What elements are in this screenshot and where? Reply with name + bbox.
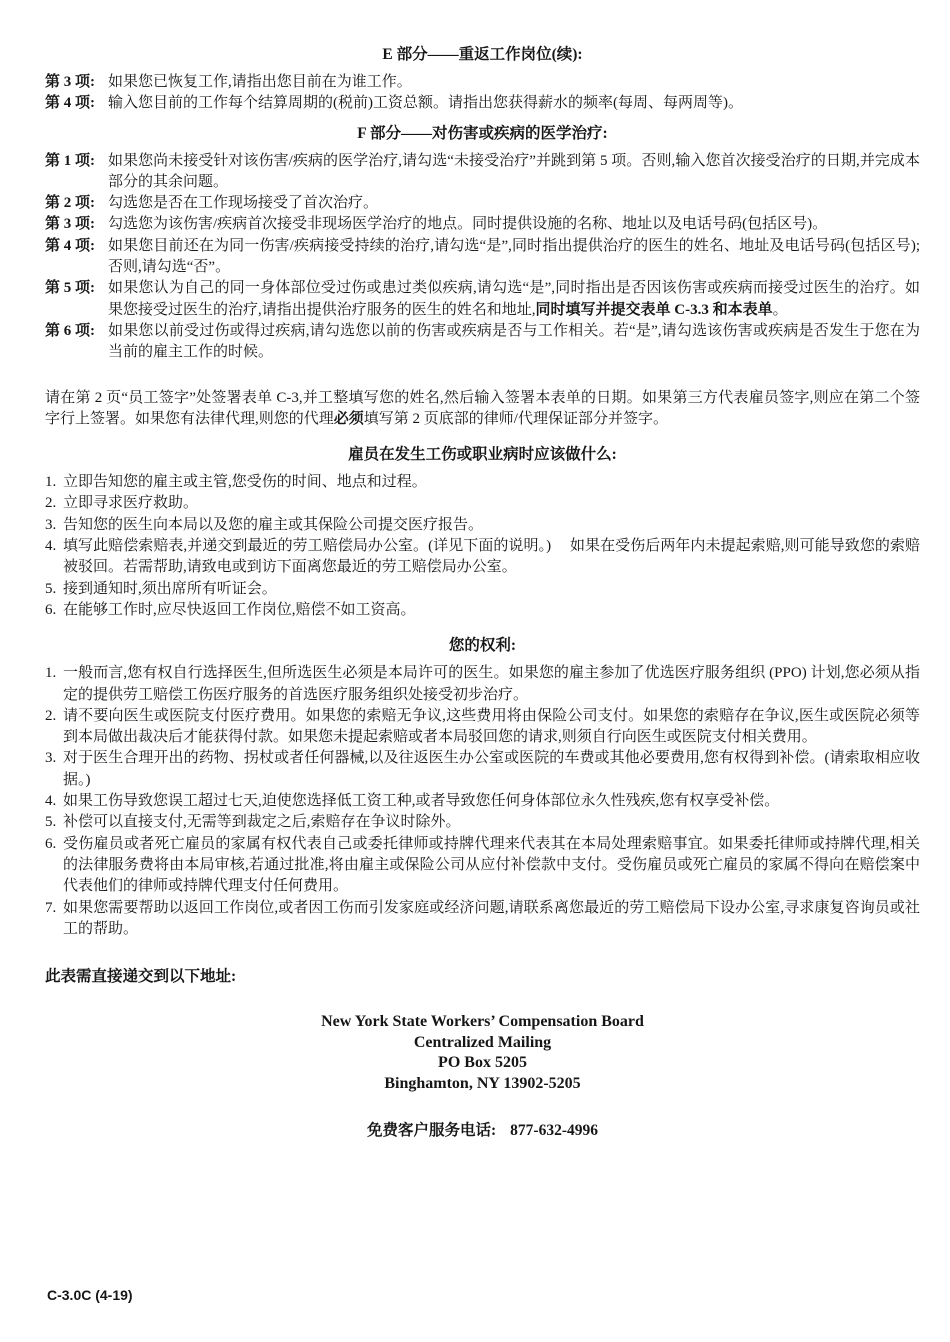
list-item: 4. 如果工伤导致您误工超过七天,迫使您选择低工资工种,或者导致您任何身体部位永… xyxy=(45,791,920,812)
list-number: 3. xyxy=(45,748,63,769)
section-e-header: E 部分——重返工作岗位(续): xyxy=(45,44,920,66)
what-to-do-header: 雇员在发生工伤或职业病时应该做什么: xyxy=(45,444,920,466)
list-item: 5. 补偿可以直接支付,无需等到裁定之后,索赔存在争议时除外。 xyxy=(45,812,920,833)
item-text: 勾选您是否在工作现场接受了首次治疗。 xyxy=(108,193,920,214)
list-number: 5. xyxy=(45,579,63,600)
list-number: 1. xyxy=(45,472,63,493)
phone-number: 877-632-4996 xyxy=(510,1122,598,1139)
address-line: Binghamton, NY 13902-5205 xyxy=(45,1074,920,1094)
item-label: 第 3 项: xyxy=(45,72,108,93)
address-line: Centralized Mailing xyxy=(45,1033,920,1053)
section-f-item: 第 6 项: 如果您以前受过伤或得过疾病,请勾选您以前的伤害或疾病是否与工作相关… xyxy=(45,321,920,364)
list-number: 5. xyxy=(45,812,63,833)
list-item: 2. 立即寻求医疗救助。 xyxy=(45,493,920,514)
item-text: 如果您目前还在为同一伤害/疾病接受持续的治疗,请勾选“是”,同时指出提供治疗的医… xyxy=(108,236,920,279)
list-text: 一般而言,您有权自行选择医生,但所选医生必须是本局许可的医生。如果您的雇主参加了… xyxy=(63,663,920,706)
list-item: 6. 受伤雇员或者死亡雇员的家属有权代表自己或委托律师或持牌代理来代表其在本局处… xyxy=(45,834,920,898)
list-number: 4. xyxy=(45,791,63,812)
your-rights-header: 您的权利: xyxy=(45,635,920,657)
section-e-item: 第 4 项: 输入您目前的工作每个结算周期的(税前)工资总额。请指出您获得薪水的… xyxy=(45,93,920,114)
item-text-bold: 同时填写并提交表单 C-3.3 和本表单 xyxy=(536,302,773,318)
list-item: 4. 填写此赔偿索赔表,并递交到最近的劳工赔偿局办公室。(详见下面的说明。) 如… xyxy=(45,536,920,579)
list-text: 如果工伤导致您误工超过七天,迫使您选择低工资工种,或者导致您任何身体部位永久性残… xyxy=(63,791,920,812)
instructions-page: E 部分——重返工作岗位(续): 第 3 项: 如果您已恢复工作,请指出您目前在… xyxy=(0,0,950,1142)
address-line: New York State Workers’ Compensation Boa… xyxy=(45,1012,920,1032)
list-text: 填写此赔偿索赔表,并递交到最近的劳工赔偿局办公室。(详见下面的说明。) 如果在受… xyxy=(63,536,920,579)
list-text: 如果您需要帮助以返回工作岗位,或者因工伤而引发家庭或经济问题,请联系离您最近的劳… xyxy=(63,898,920,941)
list-number: 7. xyxy=(45,898,63,919)
list-text: 请不要向医生或医院支付医疗费用。如果您的索赔无争议,这些费用将由保险公司支付。如… xyxy=(63,706,920,749)
list-item: 5. 接到通知时,须出席所有听证会。 xyxy=(45,579,920,600)
section-f-item: 第 1 项: 如果您尚未接受针对该伤害/疾病的医学治疗,请勾选“未接受治疗”并跳… xyxy=(45,151,920,194)
section-e-item: 第 3 项: 如果您已恢复工作,请指出您目前在为谁工作。 xyxy=(45,72,920,93)
list-text: 对于医生合理开出的药物、拐杖或者任何器械,以及往返医生办公室或医院的车费或其他必… xyxy=(63,748,920,791)
mailing-address: New York State Workers’ Compensation Boa… xyxy=(45,1012,920,1094)
list-item: 1. 一般而言,您有权自行选择医生,但所选医生必须是本局许可的医生。如果您的雇主… xyxy=(45,663,920,706)
list-number: 6. xyxy=(45,600,63,621)
list-number: 2. xyxy=(45,706,63,727)
section-f-item: 第 3 项: 勾选您为该伤害/疾病首次接受非现场医学治疗的地点。同时提供设施的名… xyxy=(45,214,920,235)
list-item: 2. 请不要向医生或医院支付医疗费用。如果您的索赔无争议,这些费用将由保险公司支… xyxy=(45,706,920,749)
item-text: 输入您目前的工作每个结算周期的(税前)工资总额。请指出您获得薪水的频率(每周、每… xyxy=(108,93,920,114)
item-text: 勾选您为该伤害/疾病首次接受非现场医学治疗的地点。同时提供设施的名称、地址以及电… xyxy=(108,214,920,235)
item-label: 第 4 项: xyxy=(45,93,108,114)
customer-service-phone: 免费客户服务电话:877-632-4996 xyxy=(45,1120,920,1142)
section-f-item: 第 5 项: 如果您认为自己的同一身体部位受过伤或患过类似疾病,请勾选“是”,同… xyxy=(45,278,920,321)
item-text-part: 。 xyxy=(773,302,788,318)
list-text: 受伤雇员或者死亡雇员的家属有权代表自己或委托律师或持牌代理来代表其在本局处理索赔… xyxy=(63,834,920,898)
list-number: 1. xyxy=(45,663,63,684)
item-label: 第 3 项: xyxy=(45,214,108,235)
list-number: 3. xyxy=(45,515,63,536)
list-text: 立即寻求医疗救助。 xyxy=(63,493,920,514)
list-item: 3. 对于医生合理开出的药物、拐杖或者任何器械,以及往返医生办公室或医院的车费或… xyxy=(45,748,920,791)
list-text: 接到通知时,须出席所有听证会。 xyxy=(63,579,920,600)
list-item: 3. 告知您的医生向本局以及您的雇主或其保险公司提交医疗报告。 xyxy=(45,515,920,536)
your-rights-list: 1. 一般而言,您有权自行选择医生,但所选医生必须是本局许可的医生。如果您的雇主… xyxy=(45,663,920,940)
mailing-intro: 此表需直接递交到以下地址: xyxy=(45,966,920,988)
item-text: 如果您已恢复工作,请指出您目前在为谁工作。 xyxy=(108,72,920,93)
paragraph-bold: 必须 xyxy=(334,411,364,427)
item-text: 如果您认为自己的同一身体部位受过伤或患过类似疾病,请勾选“是”,同时指出是否因该… xyxy=(108,278,920,321)
list-number: 6. xyxy=(45,834,63,855)
form-code: C-3.0C (4-19) xyxy=(47,1286,133,1306)
item-label: 第 1 项: xyxy=(45,151,108,172)
signature-instructions: 请在第 2 页“员工签字”处签署表单 C-3,并工整填写您的姓名,然后输入签署本… xyxy=(45,388,920,431)
section-f-item: 第 4 项: 如果您目前还在为同一伤害/疾病接受持续的治疗,请勾选“是”,同时指… xyxy=(45,236,920,279)
item-text: 如果您尚未接受针对该伤害/疾病的医学治疗,请勾选“未接受治疗”并跳到第 5 项。… xyxy=(108,151,920,194)
list-item: 7. 如果您需要帮助以返回工作岗位,或者因工伤而引发家庭或经济问题,请联系离您最… xyxy=(45,898,920,941)
address-line: PO Box 5205 xyxy=(45,1053,920,1073)
item-text-part: 如果您认为自己的同一身体部位受过伤或患过类似疾病,请勾选“是”,同时指出是否因该… xyxy=(108,280,920,317)
list-text: 补偿可以直接支付,无需等到裁定之后,索赔存在争议时除外。 xyxy=(63,812,920,833)
list-number: 2. xyxy=(45,493,63,514)
phone-label: 免费客户服务电话: xyxy=(367,1122,496,1139)
item-label: 第 6 项: xyxy=(45,321,108,342)
item-label: 第 2 项: xyxy=(45,193,108,214)
list-item: 1. 立即告知您的雇主或主管,您受伤的时间、地点和过程。 xyxy=(45,472,920,493)
list-text: 告知您的医生向本局以及您的雇主或其保险公司提交医疗报告。 xyxy=(63,515,920,536)
item-text: 如果您以前受过伤或得过疾病,请勾选您以前的伤害或疾病是否与工作相关。若“是”,请… xyxy=(108,321,920,364)
list-text: 在能够工作时,应尽快返回工作岗位,赔偿不如工资高。 xyxy=(63,600,920,621)
list-text: 立即告知您的雇主或主管,您受伤的时间、地点和过程。 xyxy=(63,472,920,493)
list-item: 6. 在能够工作时,应尽快返回工作岗位,赔偿不如工资高。 xyxy=(45,600,920,621)
item-label: 第 5 项: xyxy=(45,278,108,299)
list-number: 4. xyxy=(45,536,63,557)
section-f-item: 第 2 项: 勾选您是否在工作现场接受了首次治疗。 xyxy=(45,193,920,214)
what-to-do-list: 1. 立即告知您的雇主或主管,您受伤的时间、地点和过程。 2. 立即寻求医疗救助… xyxy=(45,472,920,621)
section-f-header: F 部分——对伤害或疾病的医学治疗: xyxy=(45,123,920,145)
item-label: 第 4 项: xyxy=(45,236,108,257)
paragraph-part: 填写第 2 页底部的律师/代理保证部分并签字。 xyxy=(364,411,668,427)
